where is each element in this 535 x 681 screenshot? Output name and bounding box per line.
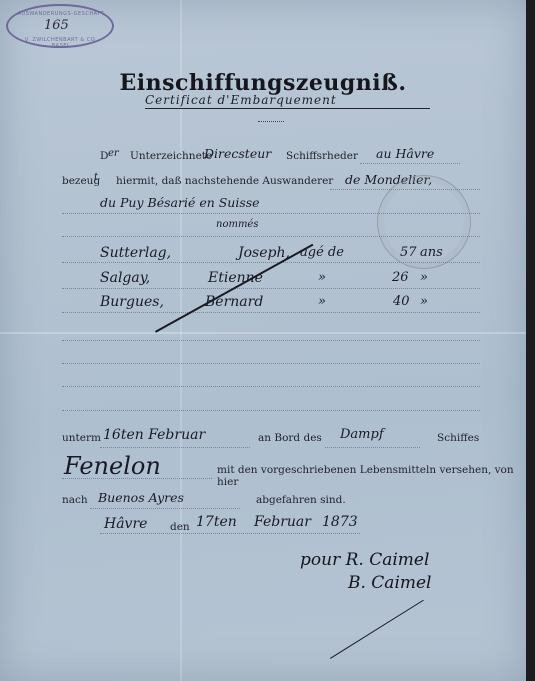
- emigrant-age: 40: [393, 294, 410, 309]
- hand-er: er: [108, 148, 119, 159]
- printed-unterzeichnete: Unterzeichnete: [130, 150, 212, 162]
- hand-day: 17ten: [196, 514, 237, 530]
- fill-line: [325, 447, 420, 448]
- hand-directeur: Direcsteur: [204, 146, 271, 161]
- emigrant-age-unit: »: [420, 270, 428, 285]
- fill-line: [90, 508, 240, 509]
- fill-line: [100, 447, 250, 448]
- fill-line: [62, 363, 480, 364]
- emigrant-age-unit: ans: [420, 245, 443, 260]
- emigrant-age-unit: »: [420, 294, 428, 309]
- emigrant-surname: Burgues,: [100, 294, 164, 310]
- ship-name: Fenelon: [64, 452, 161, 480]
- printed-schiffes: Schiffes: [437, 432, 479, 444]
- emigrant-age-label: »: [318, 294, 326, 309]
- hand-origin-region: du Puy Bésarié en Suisse: [100, 195, 260, 210]
- certificate-paper: AUSWANDERUNGS-GESCHÄFT 165 V. ZWILCHENBA…: [0, 0, 526, 681]
- hand-year: 1873: [322, 514, 358, 530]
- signature-flourish: [330, 600, 424, 659]
- emigrant-given-name: Etienne: [208, 270, 263, 286]
- printed-nach: nach: [62, 494, 88, 506]
- printed-an-bord-des: an Bord des: [258, 432, 322, 444]
- fill-line: [62, 410, 480, 411]
- hand-t: t: [94, 172, 98, 183]
- emigrant-given-name: Bernard: [205, 294, 263, 310]
- scan-edge: [526, 0, 535, 681]
- hand-departure-date: 16ten Februar: [103, 427, 205, 443]
- emigrant-age-label: »: [318, 270, 326, 285]
- fill-line: [62, 288, 480, 289]
- printed-schiffsrheder: Schiffsrheder: [286, 150, 358, 162]
- emigrant-given-name: Joseph,: [238, 245, 290, 261]
- emigrant-surname: Salgay,: [100, 270, 150, 286]
- fill-line: [62, 340, 480, 341]
- fill-line: [62, 386, 480, 387]
- stamp-bottom-text: V. ZWILCHENBART & CO. BASEL: [16, 37, 106, 49]
- printed-unterm: unterm: [62, 432, 101, 444]
- document-subtitle: Certificat d'Embarquement: [145, 93, 430, 109]
- fill-line: [62, 236, 480, 237]
- title-flourish: [258, 121, 284, 123]
- hand-place: Hâvre: [104, 516, 147, 532]
- printed-provisions: mit den vorgeschriebenen Lebensmitteln v…: [217, 464, 526, 488]
- emigrant-age: 57: [400, 245, 417, 260]
- fill-line: [100, 533, 360, 534]
- paper-fold-horizontal: [0, 332, 526, 334]
- fill-line: [62, 478, 212, 479]
- hand-destination: Buenos Ayres: [98, 490, 184, 505]
- fill-line: [62, 312, 480, 313]
- hand-month: Februar: [254, 514, 311, 530]
- printed-departed: abgefahren sind.: [256, 494, 346, 506]
- hand-nommes: nommés: [216, 219, 258, 230]
- signature-line-1: pour R. Caimel: [300, 550, 429, 570]
- fill-line: [62, 262, 480, 263]
- agency-oval-stamp: AUSWANDERUNGS-GESCHÄFT 165 V. ZWILCHENBA…: [6, 4, 114, 48]
- stamp-top-text: AUSWANDERUNGS-GESCHÄFT: [16, 11, 106, 17]
- fill-line: [360, 163, 460, 164]
- emigrant-surname: Sutterlag,: [100, 245, 171, 261]
- stamp-number: 165: [44, 18, 69, 33]
- emigrant-age: 26: [392, 270, 409, 285]
- hand-ship-type: Dampf: [340, 427, 384, 442]
- printed-den: den: [170, 521, 190, 533]
- signature-line-2: B. Caimel: [348, 573, 432, 593]
- printed-hiermit: hiermit, daß nachstehende Auswanderer: [116, 175, 333, 187]
- hand-au-havre: au Hâvre: [376, 146, 434, 161]
